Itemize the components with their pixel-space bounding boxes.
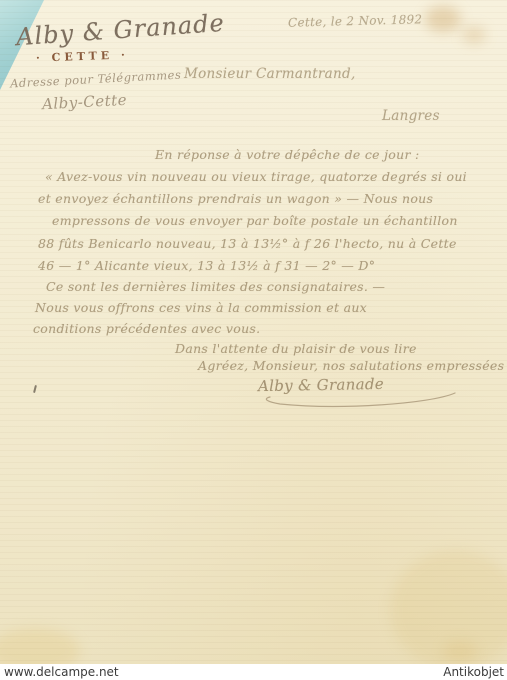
signature-flourish bbox=[250, 390, 460, 412]
letter-body-line: 88 fûts Benicarlo nouveau, 13 à 13½° à f… bbox=[38, 236, 457, 251]
paper-stain bbox=[425, 6, 461, 32]
letter-body-line: 46 — 1° Alicante vieux, 13 à 13½ à f 31 … bbox=[38, 258, 375, 273]
letter-body-line: et envoyez échantillons prendrais un wag… bbox=[38, 191, 433, 206]
watermark-right: Antikobjet bbox=[443, 665, 504, 679]
recipient-city: Langres bbox=[382, 108, 440, 124]
letterhead-telegram-address: Alby-Cette bbox=[42, 91, 128, 113]
letter-body-line: Nous vous offrons ces vins à la commissi… bbox=[35, 300, 367, 315]
ink-mark bbox=[33, 385, 37, 393]
watermark-band: www.delcampe.net Antikobjet bbox=[0, 664, 507, 680]
letterhead-company-name: Alby & Granade bbox=[15, 9, 225, 52]
letter-body-line: « Avez-vous vin nouveau ou vieux tirage,… bbox=[45, 169, 467, 184]
closing-line: Agréez, Monsieur, nos salutations empres… bbox=[198, 358, 504, 373]
letter-body-line: En réponse à votre dépêche de ce jour : bbox=[155, 147, 420, 162]
dateline: Cette, le 2 Nov. 1892 bbox=[288, 12, 423, 30]
closing-line: Dans l'attente du plaisir de vous lire bbox=[175, 341, 417, 356]
letterhead-telegram-label: Adresse pour Télégrammes bbox=[10, 68, 182, 91]
letterhead-city: · CETTE · bbox=[36, 48, 129, 64]
letter-body-line: conditions précédentes avec vous. bbox=[33, 321, 260, 336]
watermark-left: www.delcampe.net bbox=[4, 665, 119, 679]
paper-stain bbox=[443, 640, 477, 662]
letter-body-line: empressons de vous envoyer par boîte pos… bbox=[52, 213, 458, 228]
paper-stain bbox=[462, 26, 486, 44]
paper-stain bbox=[390, 550, 507, 670]
letter-body-line: Ce sont les dernières limites des consig… bbox=[46, 279, 385, 294]
recipient-name: Monsieur Carmantrand, bbox=[184, 66, 356, 82]
letter-scan: Alby & Granade · CETTE · Adresse pour Té… bbox=[0, 0, 507, 680]
